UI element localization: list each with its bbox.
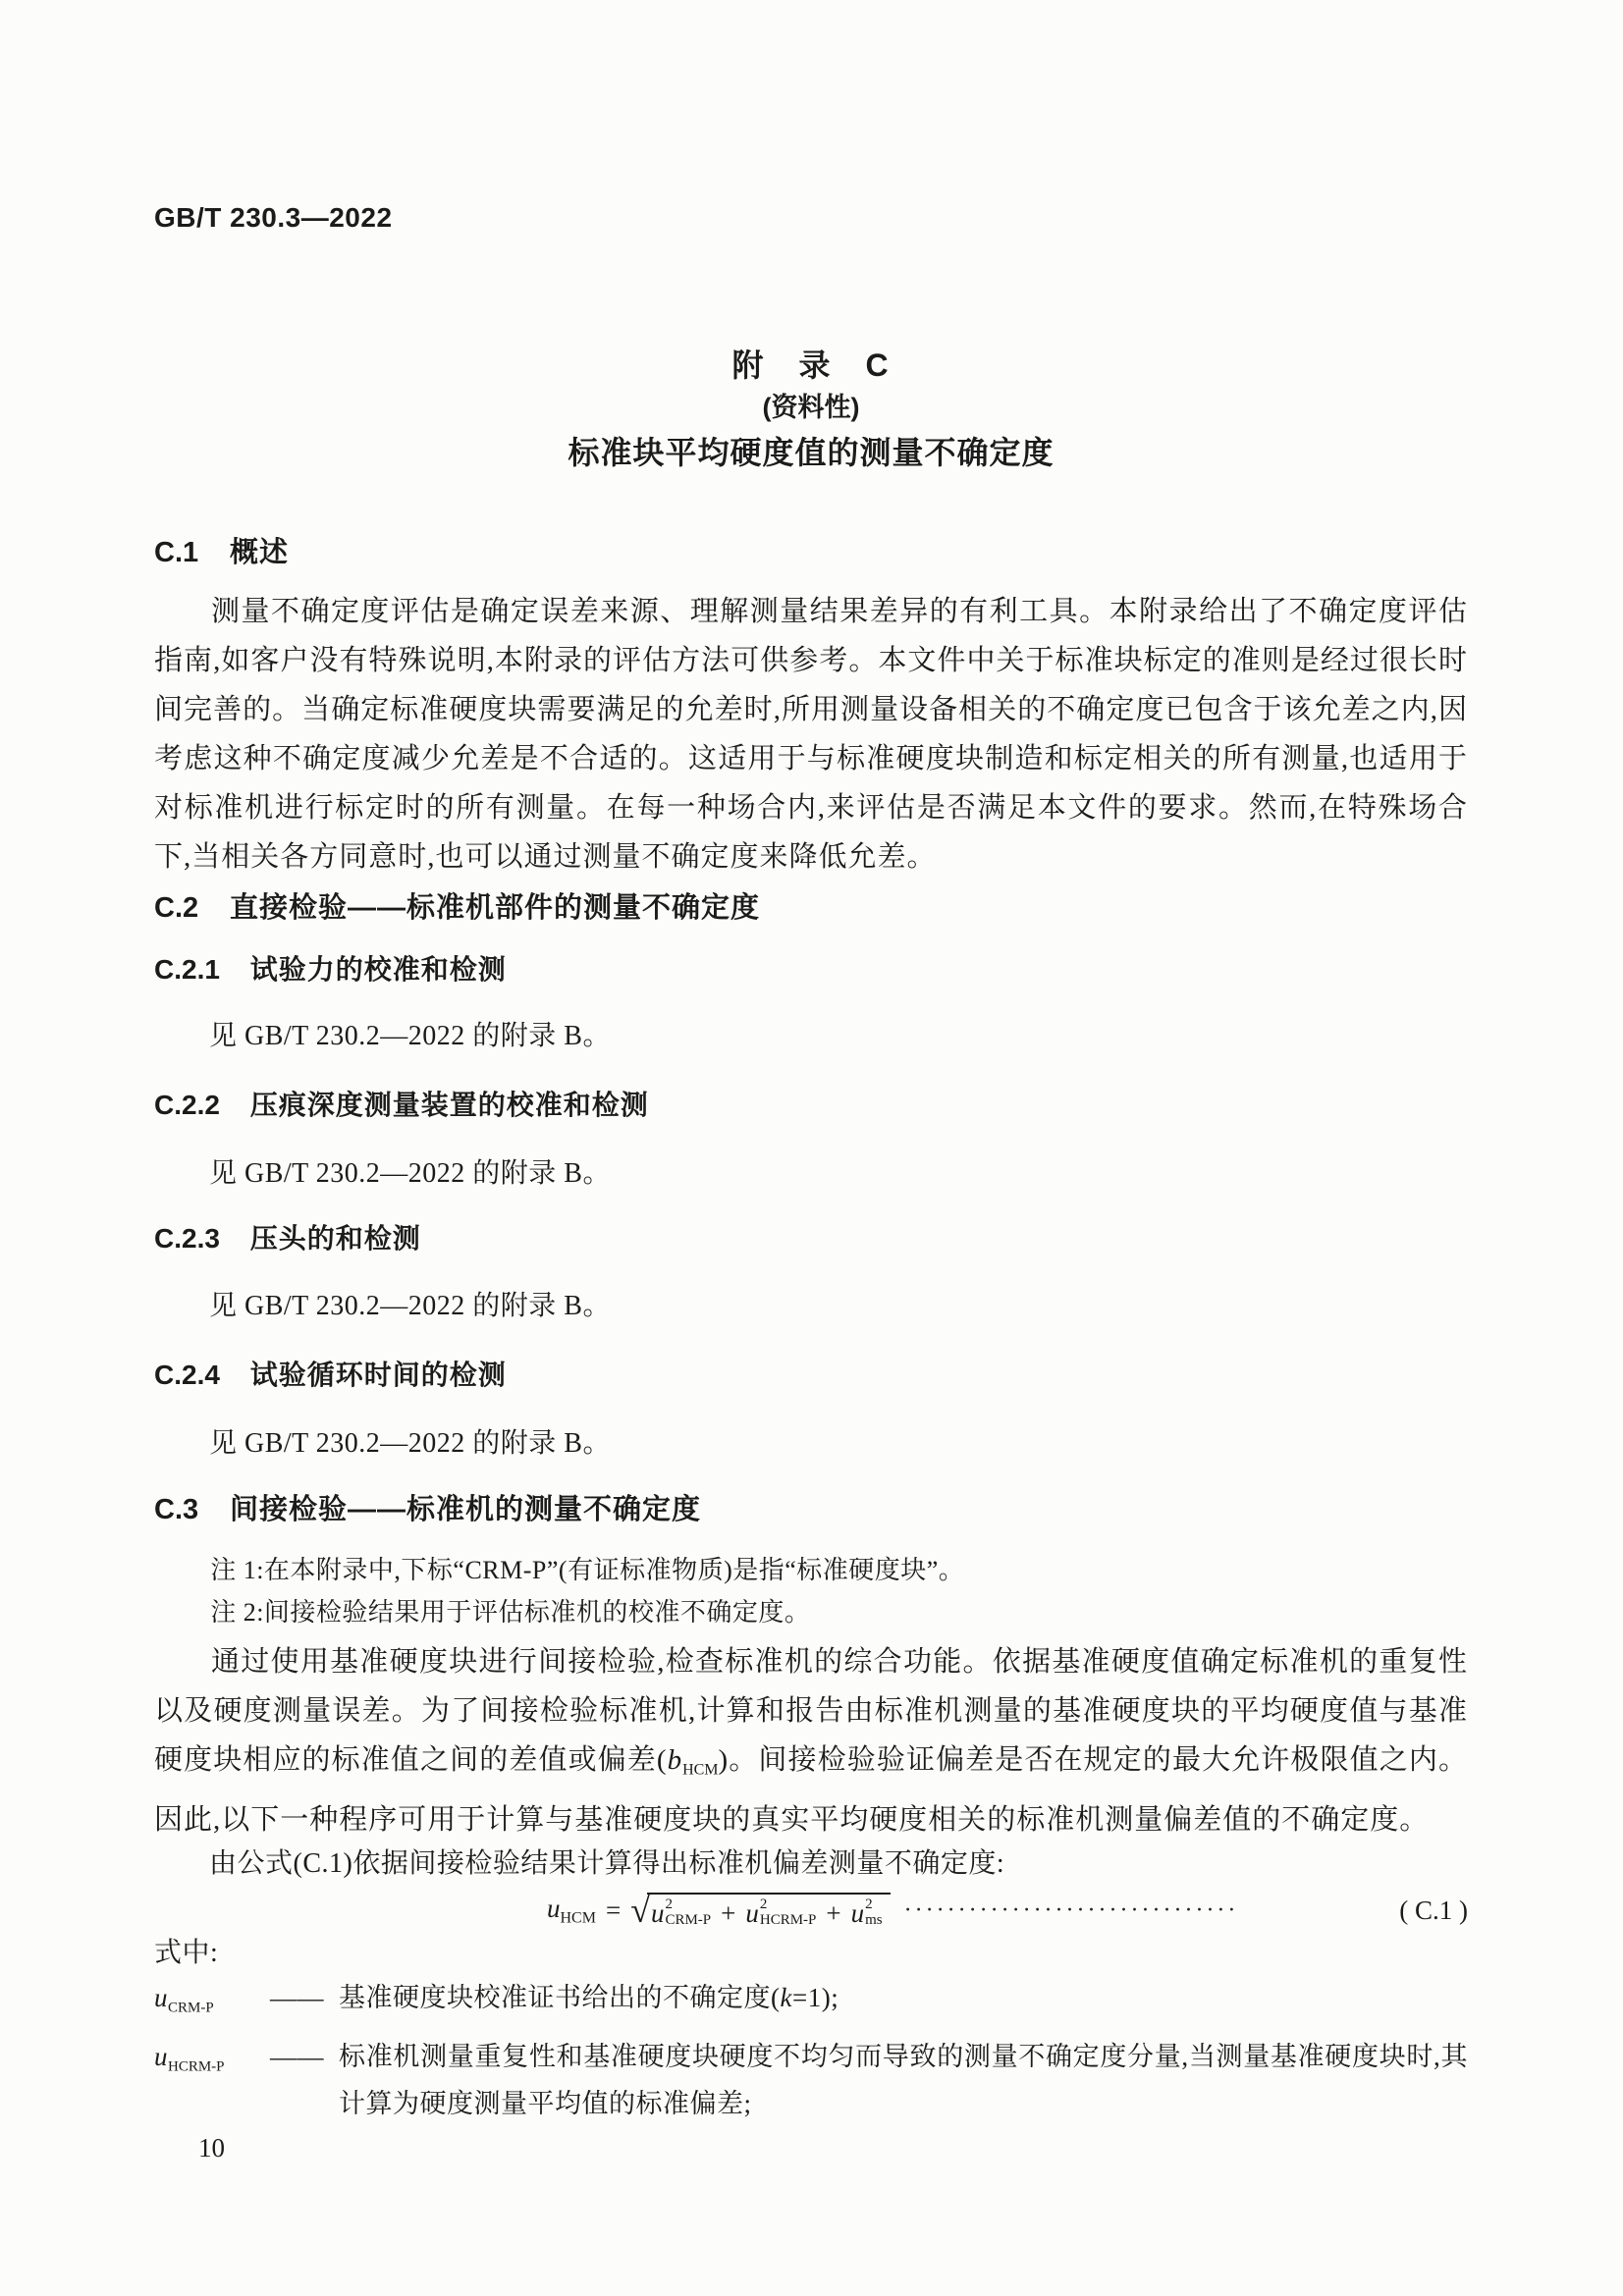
heading-c23-title: 压头的和检测: [250, 1221, 421, 1256]
formula-radicand: u2CRM-P+u2HCRM-P+u2ms: [647, 1893, 891, 1929]
formula-number-label: ( C.1 ): [1399, 1896, 1468, 1926]
heading-c24: C.2.4试验循环时间的检测: [154, 1358, 1468, 1393]
reference-c21: 见 GB/T 230.2—2022 的附录 B。: [154, 1019, 1468, 1054]
term3-superscript: 2: [865, 1897, 873, 1913]
formula-c1-row: uHCM=√u2CRM-P+u2HCRM-P+u2ms ············…: [154, 1888, 1468, 1935]
bias-symbol: b: [668, 1744, 683, 1776]
dotted-leader: ·······························: [904, 1897, 1400, 1924]
heading-c23: C.2.3压头的和检测: [154, 1221, 1468, 1256]
term1-var: u: [651, 1898, 665, 1929]
heading-c2: C.2直接检验——标准机部件的测量不确定度: [154, 889, 1468, 927]
coverage-factor-symbol: k: [781, 1983, 792, 2012]
page-content: GB/T 230.3—2022 附 录 C (资料性) 标准块平均硬度值的测量不…: [154, 0, 1468, 2164]
term2-superscript: 2: [760, 1897, 768, 1913]
definition-uhcrmp-term: uHCRM-P: [154, 2033, 270, 2127]
plus-sign: +: [721, 1898, 735, 1929]
square-root-sign: √: [630, 1893, 650, 1928]
bias-symbol-subscript: HCM: [682, 1762, 718, 1779]
formula-lhs-var: u: [547, 1894, 561, 1923]
heading-c3: C.3间接检验——标准机的测量不确定度: [154, 1491, 1468, 1528]
heading-c22: C.2.2压痕深度测量装置的校准和检测: [154, 1088, 1468, 1123]
term2-supsub: 2HCRM-P: [760, 1897, 817, 1929]
definition-ucrmp-subscript: CRM-P: [168, 2000, 214, 2015]
formula-intro: 由公式(C.1)依据间接检验结果计算得出标准机偏差测量不确定度:: [154, 1846, 1468, 1882]
heading-c24-number: C.2.4: [154, 1358, 220, 1393]
document-page: GB/T 230.3—2022 附 录 C (资料性) 标准块平均硬度值的测量不…: [0, 0, 1623, 2296]
standard-number-header: GB/T 230.3—2022: [154, 201, 1468, 235]
heading-c24-title: 试验循环时间的检测: [250, 1358, 507, 1393]
note-1: 注 1:在本附录中,下标“CRM-P”(有证标准物质)是指“标准硬度块”。: [154, 1554, 1468, 1587]
definition-uhcrmp-var: u: [154, 2042, 168, 2071]
appendix-title-line1: 附 录 C: [154, 345, 1468, 386]
definition-ucrmp-var: u: [154, 1983, 168, 2012]
heading-c3-number: C.3: [154, 1491, 198, 1528]
plus-sign: +: [826, 1898, 840, 1929]
definition-uhcrmp-subscript: HCRM-P: [168, 2058, 225, 2074]
equals-sign: =: [606, 1896, 621, 1926]
paragraph-c3: 通过使用基准硬度块进行间接检验,检查标准机的综合功能。依据基准硬度值确定标准机的…: [154, 1637, 1468, 1844]
paragraph-c1: 测量不确定度评估是确定误差来源、理解测量结果差异的有利工具。本附录给出了不确定度…: [154, 587, 1468, 881]
appendix-title-block: 附 录 C (资料性) 标准块平均硬度值的测量不确定度: [154, 345, 1468, 473]
heading-c21-title: 试验力的校准和检测: [250, 952, 507, 988]
definition-dash: ——: [270, 2033, 339, 2127]
appendix-title-line2: (资料性): [154, 391, 1468, 424]
heading-c22-number: C.2.2: [154, 1088, 220, 1123]
heading-c1-title: 概述: [230, 534, 289, 571]
term1-superscript: 2: [665, 1897, 673, 1913]
heading-c22-title: 压痕深度测量装置的校准和检测: [250, 1088, 649, 1123]
heading-c3-title: 间接检验——标准机的测量不确定度: [230, 1491, 701, 1528]
term2-var: u: [745, 1898, 759, 1929]
term1-supsub: 2CRM-P: [665, 1897, 711, 1929]
term3-supsub: 2ms: [865, 1897, 883, 1929]
formula-c1-expression: uHCM=√u2CRM-P+u2HCRM-P+u2ms: [547, 1893, 891, 1929]
reference-c22: 见 GB/T 230.2—2022 的附录 B。: [154, 1156, 1468, 1192]
term1-subscript: CRM-P: [665, 1913, 711, 1929]
where-label: 式中:: [154, 1937, 1468, 1970]
heading-c21: C.2.1试验力的校准和检测: [154, 952, 1468, 988]
reference-c23: 见 GB/T 230.2—2022 的附录 B。: [154, 1289, 1468, 1324]
definition-ucrmp-text-post: =1);: [792, 1983, 839, 2012]
formula-lhs: uHCM: [547, 1894, 596, 1928]
term3-subscript: ms: [865, 1913, 883, 1929]
definition-ucrmp: uCRM-P —— 基准硬度块校准证书给出的不确定度(k=1);: [154, 1978, 1468, 2027]
definition-ucrmp-term: uCRM-P: [154, 1978, 270, 2027]
definition-dash: ——: [270, 1978, 339, 2027]
heading-c21-number: C.2.1: [154, 952, 220, 988]
heading-c23-number: C.2.3: [154, 1221, 220, 1256]
term2-subscript: HCRM-P: [760, 1913, 817, 1929]
heading-c1: C.1概述: [154, 534, 1468, 571]
page-number: 10: [198, 2131, 1468, 2164]
definition-uhcrmp-text: 标准机测量重复性和基准硬度块硬度不均匀而导致的测量不确定度分量,当测量基准硬度块…: [339, 2033, 1468, 2127]
definition-ucrmp-text-pre: 基准硬度块校准证书给出的不确定度(: [339, 1983, 781, 2012]
reference-c24: 见 GB/T 230.2—2022 的附录 B。: [154, 1426, 1468, 1462]
heading-c2-number: C.2: [154, 889, 198, 927]
definition-ucrmp-text: 基准硬度块校准证书给出的不确定度(k=1);: [339, 1978, 1468, 2027]
formula-lhs-subscript: HCM: [561, 1910, 596, 1927]
heading-c1-number: C.1: [154, 534, 198, 571]
appendix-title-line3: 标准块平均硬度值的测量不确定度: [154, 432, 1468, 473]
heading-c2-title: 直接检验——标准机部件的测量不确定度: [230, 889, 760, 927]
definition-uhcrmp: uHCRM-P —— 标准机测量重复性和基准硬度块硬度不均匀而导致的测量不确定度…: [154, 2033, 1468, 2127]
note-2: 注 2:间接检验结果用于评估标准机的校准不确定度。: [154, 1596, 1468, 1629]
term3-var: u: [851, 1898, 865, 1929]
